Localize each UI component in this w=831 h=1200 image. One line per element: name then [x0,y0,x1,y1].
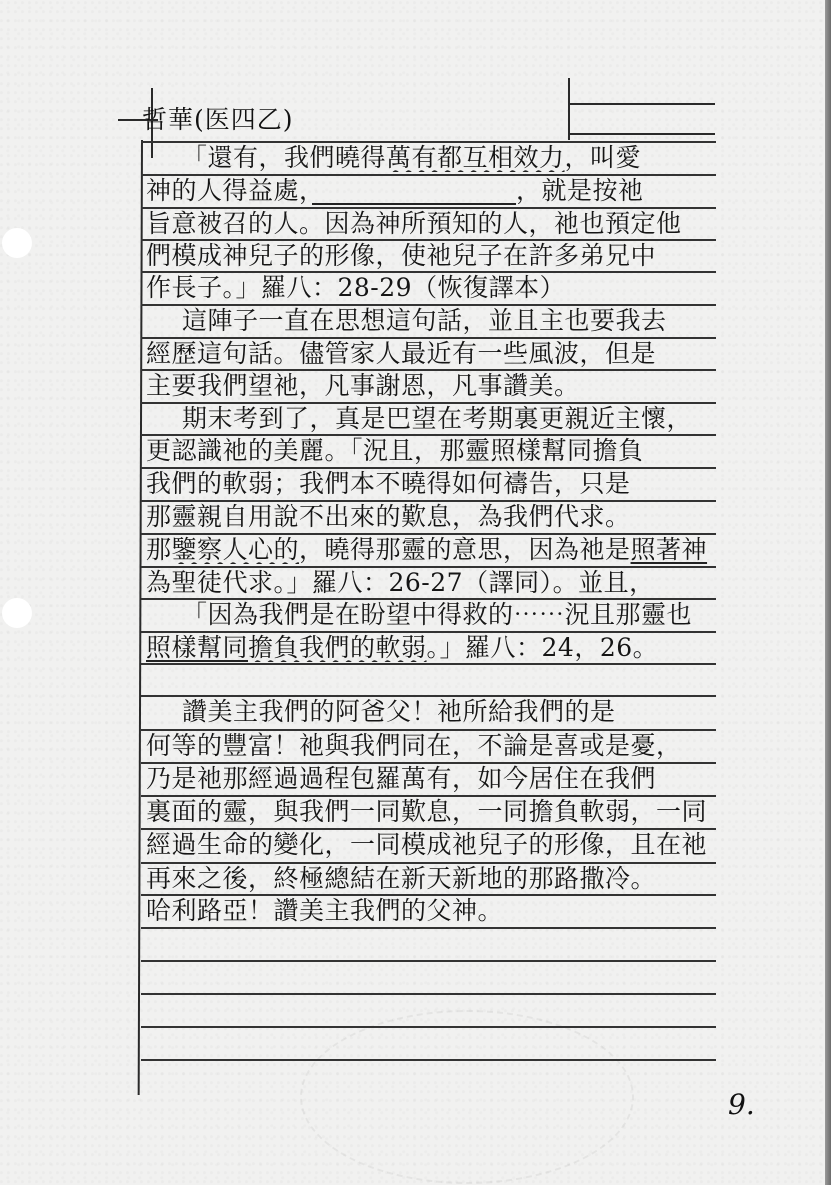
underlined-text-segment: 照著神 [631,536,708,564]
ruled-line [141,729,716,731]
handwritten-line: 再來之後，終極總結在新天新地的那路撒冷。 [146,865,720,893]
handwritten-line: 「還有，我們曉得萬有都互相效力，叫愛 [146,144,720,172]
ruled-line [141,927,716,929]
text-segment: 主要我們望祂，凡事謝恩，凡事讚美。 [146,372,580,400]
header-box-divider [568,78,570,140]
text-segment: 讚美主我們的阿爸父！祂所給我們的是 [182,698,616,726]
text-segment: 經歷這句話。儘管家人最近有一些風波，但是 [146,340,656,368]
ruled-line [141,795,716,797]
text-segment: 那靈親自用說不出來的歎息，為我們代求。 [146,503,631,531]
text-segment: 裏面的靈，與我們一同歎息，一同擔負軟弱，一同 [146,798,707,826]
text-segment: 「因為我們是在盼望中得救的⋯⋯況且那靈也 [182,601,692,629]
text-segment: 們模成神兒子的形像，使祂兒子在許多弟兄中 [146,242,656,270]
handwritten-line: 何等的豐富！祂與我們同在，不論是喜或是憂， [146,732,720,760]
text-segment: 作長子。」羅八：28-29（恢復譯本） [146,274,565,302]
handwritten-line: 那靈親自用說不出來的歎息，為我們代求。 [146,503,720,531]
underlined-text-segment: 鑒察人心的 [172,536,300,564]
handwritten-line: 為聖徒代求。」羅八：26-27（譯同）。並且， [146,569,720,597]
scan-edge-shadow [825,0,831,1185]
handwritten-line: 「因為我們是在盼望中得救的⋯⋯況且那靈也 [146,601,720,629]
handwritten-line: 照樣幫同擔負我們的軟弱。」羅八：24，26。 [146,634,720,662]
ruled-line [141,434,716,436]
text-segment: 何等的豐富！祂與我們同在，不論是喜或是憂， [146,732,682,760]
ruled-line [141,304,716,306]
punch-hole-bottom [2,598,32,628]
text-segment: 那 [146,536,172,564]
handwritten-line: 旨意被召的人。因為神所預知的人，祂也預定他 [146,210,720,238]
ruled-line [141,207,716,209]
handwritten-line: 我們的軟弱；我們本不曉得如何禱告，只是 [146,470,720,498]
handwritten-line: 主要我們望祂，凡事謝恩，凡事讚美。 [146,372,720,400]
ruled-line [141,894,716,896]
handwritten-line: 裏面的靈，與我們一同歎息，一同擔負軟弱，一同 [146,798,720,826]
handwritten-line: 作長子。」羅八：28-29（恢復譯本） [146,274,720,302]
text-segment: 期末考到了，真是巴望在考期裏更親近主懷， [182,405,692,433]
handwritten-line: 乃是祂那經過過程包羅萬有，如今居住在我們 [146,765,720,793]
underlined-text-segment: 擔負我們的軟弱 [248,634,427,662]
ruled-line [141,1026,716,1028]
underlined-text-segment [312,177,516,205]
ruled-line [141,500,716,502]
header-box-line-top [568,103,715,105]
handwritten-line: 經歷這句話。儘管家人最近有一些風波，但是 [146,340,720,368]
text-segment: 「還有，我們曉得 [182,144,386,172]
ruled-line [141,1059,716,1061]
handwritten-line: 神的人得益處， ，就是按祂 [146,177,720,205]
ruled-line [141,828,716,830]
ruled-line [141,174,716,176]
ruled-line [141,862,716,864]
text-segment: 再來之後，終極總結在新天新地的那路撒冷。 [146,865,656,893]
handwritten-line: 這陣子一直在思想這句話，並且主也要我去 [146,307,720,335]
handwritten-line: 更認識祂的美麗。「況且，那靈照樣幫同擔負 [146,437,720,465]
ruled-line [141,337,716,339]
scan-bottom-margin [0,1185,831,1200]
text-segment: 。」羅八：24，26。 [427,634,659,662]
handwritten-line: 經過生命的變化，一同模成祂兒子的形像，且在祂 [146,831,720,859]
page-number: 9. [728,1088,755,1121]
handwritten-line: 們模成神兒子的形像，使祂兒子在許多弟兄中 [146,242,720,270]
bleed-through-drawing [300,1010,634,1184]
scanned-notebook-page: 哲華(医四乙) 「還有，我們曉得萬有都互相效力，叫愛神的人得益處， ，就是按祂旨… [0,0,826,1185]
text-segment: ，曉得那靈的意思，因為祂是 [299,536,631,564]
ruled-line [141,960,716,962]
ruled-line [141,993,716,995]
text-segment: 我們的軟弱；我們本不曉得如何禱告，只是 [146,470,631,498]
ruled-line [141,631,716,633]
handwritten-line: 讚美主我們的阿爸父！祂所給我們的是 [146,698,720,726]
ruled-line [141,695,716,697]
text-segment: ，就是按祂 [516,177,644,205]
handwritten-line: 那鑒察人心的，曉得那靈的意思，因為祂是照著神 [146,536,720,564]
text-segment: 旨意被召的人。因為神所預知的人，祂也預定他 [146,210,682,238]
ruled-line [141,141,716,143]
ruled-line [141,369,716,371]
ruled-line [141,271,716,273]
handwritten-line: 哈利路亞！讚美主我們的父神。 [146,897,720,925]
punch-hole-top [2,228,32,258]
ruled-line [141,533,716,535]
handwritten-line: 期末考到了，真是巴望在考期裏更親近主懷， [146,405,720,433]
underlined-text-segment: 萬有都互相效力 [386,144,565,172]
ruled-line [141,402,716,404]
text-segment: 神的人得益處， [146,177,312,205]
text-segment: 這陣子一直在思想這句話，並且主也要我去 [182,307,667,335]
ruled-line [141,566,716,568]
text-segment: ，叫愛 [565,144,642,172]
text-segment: 為聖徒代求。」羅八：26-27（譯同）。並且， [146,569,655,597]
ruled-line [141,467,716,469]
ruled-line [141,762,716,764]
underlined-text-segment: 照樣幫同 [146,634,248,662]
text-segment: 哈利路亞！讚美主我們的父神。 [146,897,503,925]
text-segment: 乃是祂那經過過程包羅萬有，如今居住在我們 [146,765,656,793]
left-margin-rule [138,140,143,1095]
text-segment: 經過生命的變化，一同模成祂兒子的形像，且在祂 [146,831,707,859]
header-box-line-bottom [568,133,715,135]
ruled-line [141,598,716,600]
text-segment: 更認識祂的美麗。「況且，那靈照樣幫同擔負 [146,437,644,465]
page-title: 哲華(医四乙) [142,100,294,136]
ruled-line [141,663,716,665]
ruled-line [141,239,716,241]
